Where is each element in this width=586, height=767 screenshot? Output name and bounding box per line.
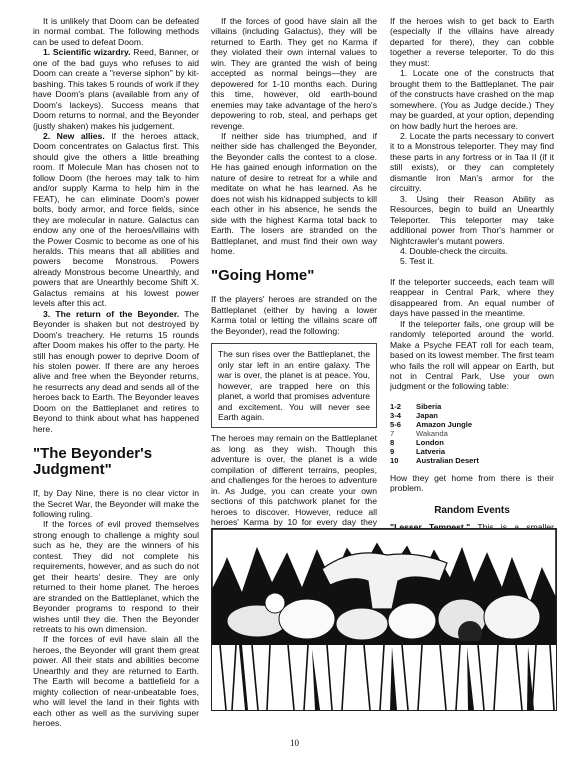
- heading-beyonders-judgment: "The Beyonder's Judgment": [33, 446, 199, 478]
- neither-side-paragraph: If neither side has triumphed, and if ne…: [211, 131, 377, 256]
- table-row: 7Wakanda: [390, 429, 479, 438]
- page-number: 10: [290, 738, 299, 748]
- teleporter-steps-list: 1. Locate one of the constructs that bro…: [390, 68, 554, 267]
- column-2: If the forces of good have slain all the…: [211, 16, 377, 538]
- remain-paragraph: The heroes may remain on the Battleplane…: [211, 433, 377, 538]
- table-row: 5-6Amazon Jungle: [390, 420, 479, 429]
- judgment-paragraph-2: If the forces of evil proved themselves …: [33, 519, 199, 634]
- step-item: 4. Double-check the circuits.: [390, 246, 554, 256]
- method-return-of-beyonder: 3. The return of the Beyonder. The Beyon…: [33, 309, 199, 434]
- stranded-paragraph: If the players' heroes are stranded on t…: [211, 294, 377, 336]
- read-aloud-text: The sun rises over the Battleplanet, the…: [218, 349, 370, 422]
- table-row: 1-2Siberia: [390, 402, 479, 411]
- step-item: 5. Test it.: [390, 256, 554, 266]
- table-row: 9Latveria: [390, 447, 479, 456]
- table-row: 8London: [390, 438, 479, 447]
- step-item: 2. Locate the parts necessary to convert…: [390, 131, 554, 194]
- intro-paragraph: It is unlikely that Doom can be defeated…: [33, 16, 199, 47]
- column-3: If the heroes wish to get back to Earth …: [390, 16, 554, 554]
- table-row: 3-4Japan: [390, 411, 479, 420]
- method-new-allies: 2. New allies. If the heroes attack, Doo…: [33, 131, 199, 309]
- illustration-artwork: [212, 529, 556, 710]
- step-item: 1. Locate one of the constructs that bro…: [390, 68, 554, 131]
- forces-of-good-paragraph: If the forces of good have slain all the…: [211, 16, 377, 131]
- heading-going-home: "Going Home": [211, 268, 377, 284]
- read-aloud-box: The sun rises over the Battleplanet, the…: [211, 343, 377, 428]
- wish-paragraph: If the heroes wish to get back to Earth …: [390, 16, 554, 68]
- get-home-paragraph: How they get home from there is their pr…: [390, 473, 554, 494]
- fails-paragraph: If the teleporter fails, one group will …: [390, 319, 554, 392]
- judgment-paragraph-3: If the forces of evil have slain all the…: [33, 634, 199, 728]
- succeeds-paragraph: If the teleporter succeeds, each team wi…: [390, 277, 554, 319]
- destination-table: 1-2Siberia 3-4Japan 5-6Amazon Jungle 7Wa…: [390, 402, 479, 465]
- comic-illustration: [211, 528, 557, 711]
- judgment-paragraph-1: If, by Day Nine, there is no clear victo…: [33, 488, 199, 519]
- step-item: 3. Using their Reason Ability as Resourc…: [390, 194, 554, 246]
- table-row: 10Australian Desert: [390, 456, 479, 465]
- method-scientific-wizardry: 1. Scientific wizardry. Reed, Banner, or…: [33, 47, 199, 131]
- column-1: It is unlikely that Doom can be defeated…: [33, 16, 199, 729]
- heading-random-events: Random Events: [390, 506, 554, 516]
